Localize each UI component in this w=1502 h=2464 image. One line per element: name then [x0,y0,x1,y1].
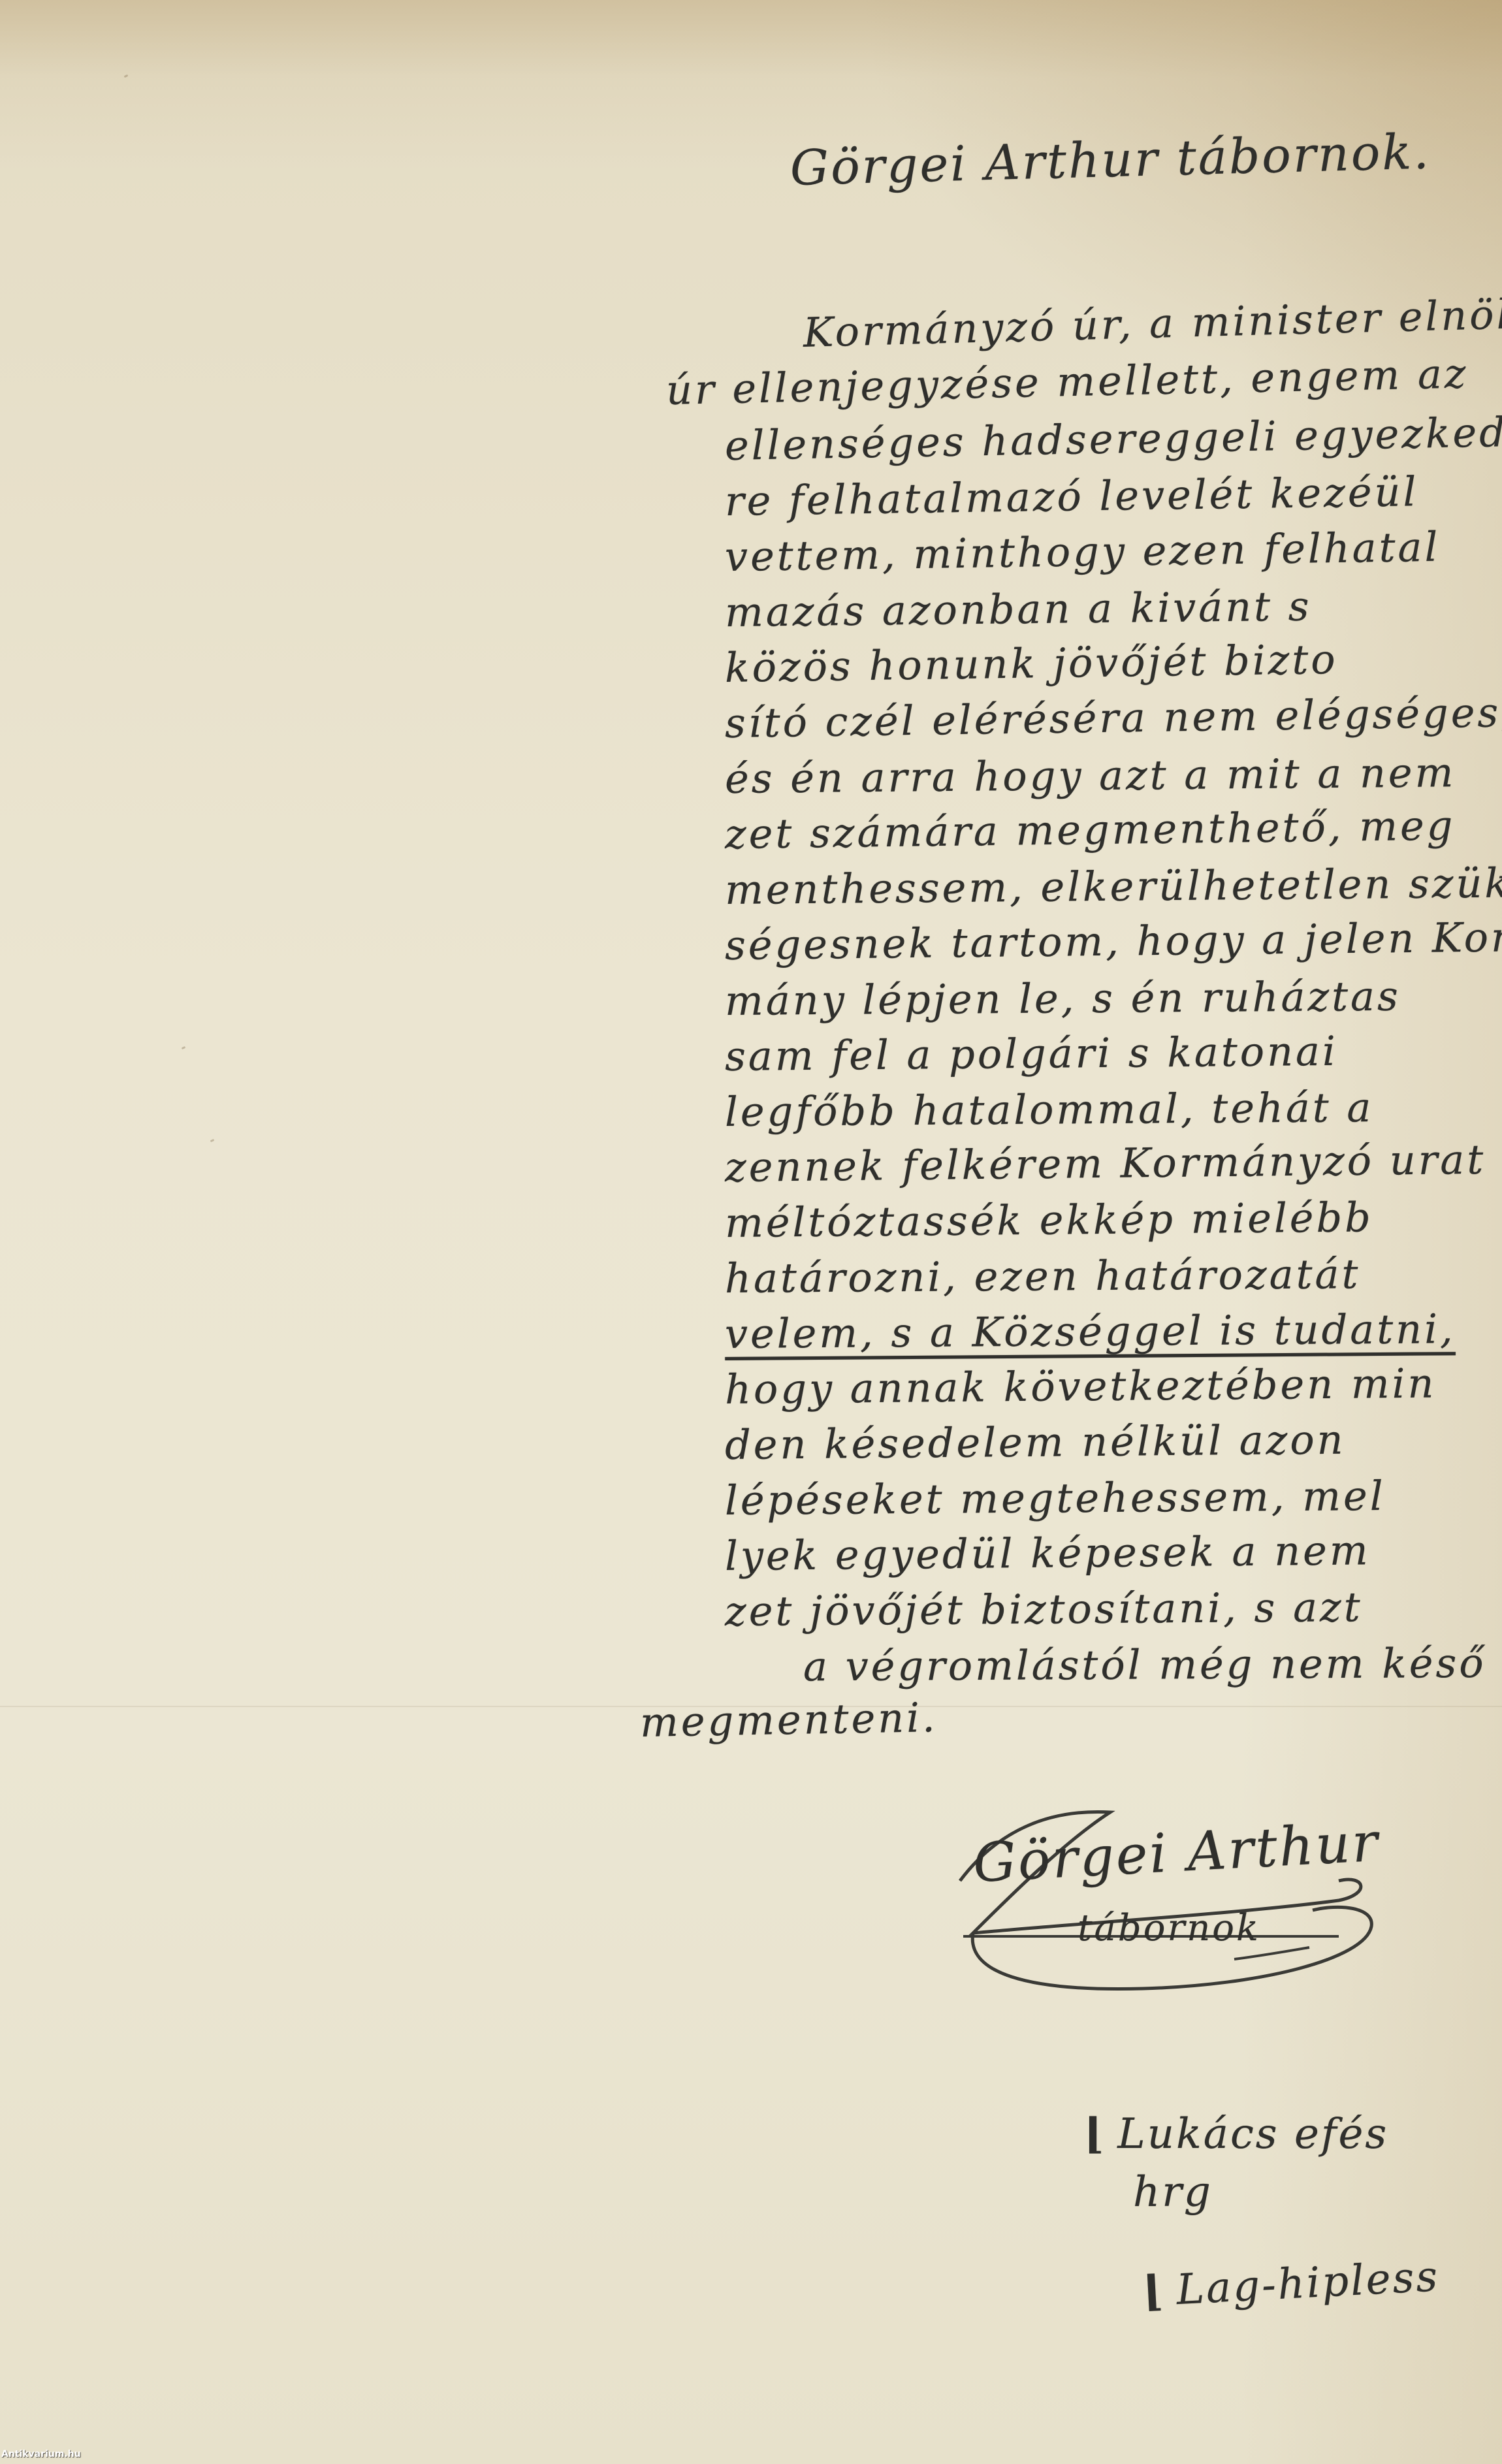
body-line: legfőbb hatalommal, tehát a [725,1079,1483,1140]
margin-annotation: ⌊Lukács efés [1084,2109,1388,2158]
body-line: méltóztassék ekkép mielébb [725,1189,1483,1251]
signature-title: tábornok [1078,1907,1260,1949]
body-line: közös honunk jövőjét bizto [724,630,1482,696]
body-line: re felhatalmazó levelét kezéül [724,463,1482,529]
margin-annotation: ⌊Lag-hipless [1142,2252,1441,2316]
body-line: lépéseket megtehessem, mel [725,1467,1483,1528]
body-line: sító czél eléréséra nem elégséges, [724,685,1482,751]
paper-speck [210,1139,215,1142]
bracket-mark-icon: ⌊ [1084,2109,1106,2158]
body-line: és én arra hogy azt a mit a nem [725,744,1483,807]
body-line: menthessem, elkerülhetetlen szük [725,856,1483,918]
letter-heading: Görgei Arthur tábornok. [790,123,1431,197]
body-line: ellenséges hadsereggeli egyezkedés [724,405,1482,473]
body-line: zennek felkérem Kormányzó urat [725,1132,1483,1195]
body-line: den késedelem nélkül azon [725,1411,1483,1473]
annotation-text: Lag-hipless [1175,2252,1441,2314]
body-line: lyek egyedül képesek a nem [725,1522,1483,1584]
body-line: zet jövőjét biztosítani, s azt [725,1578,1483,1639]
underlined-text: velem, s a Községgel is tudatni, [725,1305,1456,1358]
margin-annotation: hrg [1133,2168,1213,2216]
body-line-underlined: velem, s a Községgel is tudatni, [725,1301,1483,1362]
paper-speck [124,74,129,78]
signature-block: Görgei Arthur tábornok [947,1802,1417,1998]
paper-speck [182,1046,186,1049]
body-line: mány lépjen le, s én ruháztas [725,968,1483,1029]
letter-body: Kormányzó úr, a minister elnök úr ellenj… [725,307,1482,1750]
body-line: sam fel a polgári s katonai [725,1022,1483,1084]
watermark: Antikvarium.hu [1,2449,81,2459]
body-line: hogy annak következtében min [725,1355,1483,1417]
bracket-mark-icon: ⌊ [1142,2266,1166,2316]
body-line: határozni, ezen határozatát [725,1245,1483,1306]
letter-page: Görgei Arthur tábornok. Kormányzó úr, a … [0,0,1502,2464]
body-line: ségesnek tartom, hogy a jelen Kor [725,910,1483,973]
body-line: zet számára megmenthető, meg [724,797,1482,862]
annotation-text: Lukács efés [1117,2110,1388,2158]
body-line: vettem, minthogy ezen felhatal [724,519,1482,584]
